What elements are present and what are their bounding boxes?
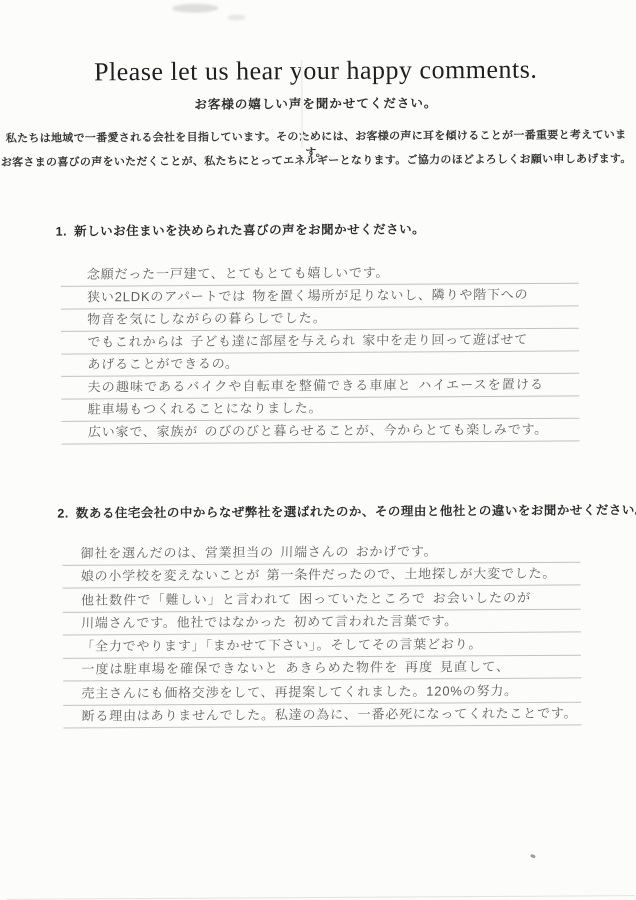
handwritten-line: 物音を気にしながらの暮らしでした。 (61, 306, 579, 332)
handwritten-line: 娘の小学校を変えないことが 第一条件だったので、土地探しが大変でした。 (63, 563, 581, 589)
handwritten-line: 夫の趣味であるバイクや自転車を整備できる車庫と ハイエースを置ける (61, 373, 579, 399)
scan-edge-artifact (7, 895, 635, 900)
scanned-feedback-form: Please let us hear your happy comments. … (0, 0, 636, 900)
page-subtitle: お客様の嬉しい声を聞かせてください。 (0, 92, 634, 114)
handwritten-line: 断る理由はありませんでした。私達の為に、一番必死になってくれたことです。 (63, 702, 581, 728)
handwritten-line: 他社数件で「難しい」と言われて 困っていたところで お会いしたのが (63, 586, 581, 612)
page-title: Please let us hear your happy comments. (0, 54, 634, 88)
scan-smudge-artifact (227, 14, 245, 20)
form-content: Please let us hear your happy comments. … (0, 0, 636, 900)
question-1-answer-area: 念願だった一戸建て、とてもとても嬉しいです。 狭い2LDKのアパートでは 物を置… (61, 260, 580, 443)
handwritten-line: あげることができるの。 (61, 351, 579, 377)
question-1-text: 新しいお住まいを決められた喜びの声をお聞かせください。 (74, 222, 425, 238)
handwritten-line: 念願だった一戸建て、とてもとても嬉しいです。 (61, 261, 579, 287)
scan-smudge-artifact (172, 4, 218, 13)
handwritten-line: 川端さんです。他社ではなかった 初めて言われた言葉です。 (63, 609, 581, 635)
question-2-label: 2.数ある住宅会社の中からなぜ弊社を選ばれたのか、その理由と他社との違いをお聞か… (57, 500, 597, 521)
scan-speck-artifact (530, 854, 536, 859)
handwritten-line: 一度は駐車場を確保できないと あきらめた物件を 再度 見直して、 (63, 656, 581, 682)
question-1-number: 1. (56, 225, 68, 239)
question-2-number: 2. (57, 507, 69, 521)
question-2-answer-area: 御社を選んだのは、営業担当の 川端さんの おかげです。 娘の小学校を変えないこと… (63, 539, 582, 729)
handwritten-line: でもこれからは 子ども達に部屋を与えられ 家中を走り回って遊ばせて (61, 328, 579, 354)
handwritten-line: 狭い2LDKのアパートでは 物を置く場所が足りないし、隣りや階下への (61, 283, 579, 309)
intro-text-line-2: お客さまの喜びの声をいただくことが、私たちにとってエネルギーとなります。ご協力の… (0, 150, 634, 170)
handwritten-line: 広い家で、家族が のびのびと暮らせることが、今からとても楽しみです。 (62, 418, 580, 444)
question-2-text: 数ある住宅会社の中からなぜ弊社を選ばれたのか、その理由と他社との違いをお聞かせく… (76, 503, 636, 520)
handwritten-line: 駐車場もつくれることになりました。 (62, 396, 580, 422)
question-1-label: 1.新しいお住まいを決められた喜びの声をお聞かせください。 (56, 218, 596, 239)
